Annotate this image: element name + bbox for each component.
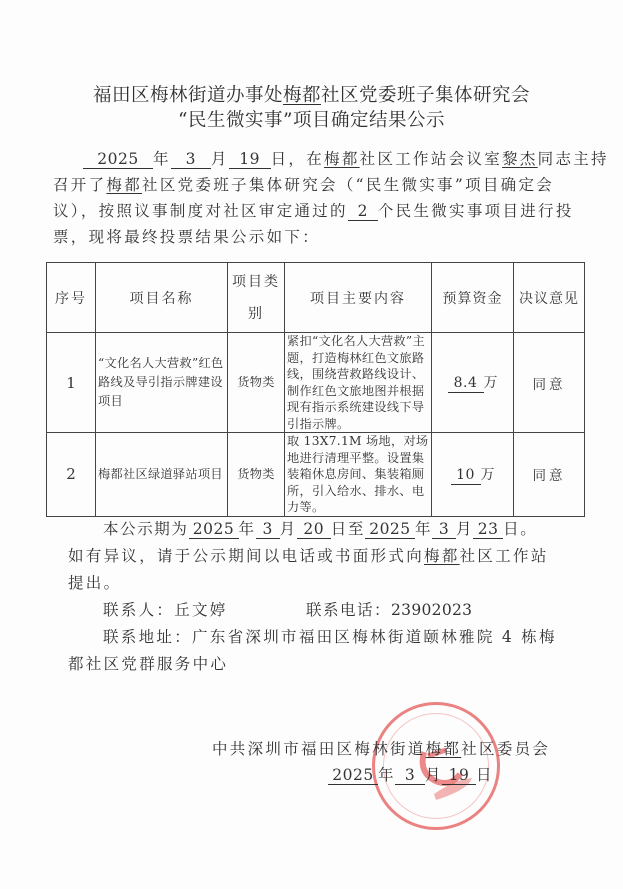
day-unit: 日 <box>476 766 493 784</box>
header-category-line2: 别 <box>228 298 284 330</box>
row-decision: 同意 <box>514 333 585 433</box>
signature-month: 3 <box>395 766 425 785</box>
row-name: 梅都社区绿道驿站项目 <box>96 433 228 517</box>
header-decision: 决议意见 <box>514 263 585 333</box>
intro-line2-prefix: 召开了 <box>53 176 106 194</box>
row-budget: 8.4万 <box>432 333 514 433</box>
header-category: 项目类 别 <box>228 263 285 333</box>
header-budget: 预算资金 <box>432 263 514 333</box>
row-category: 货物类 <box>228 333 285 433</box>
host-suffix: 同志主持 <box>538 150 609 168</box>
contact-phone: 23902023 <box>391 601 472 619</box>
intro-line3: 议），按照议事制度对社区审定通过的2个民生微实事项目进行投 <box>53 199 593 221</box>
meeting-month: 3 <box>171 150 211 169</box>
table-row: 1 “文化名人大营救”红色路线及导引指示牌建设项目 货物类 紧扣“文化名人大营救… <box>47 333 585 433</box>
contact-address-line2: 都社区党群服务中心 <box>68 652 608 674</box>
start-month: 3 <box>256 520 280 539</box>
contact-phone-line: 联系电话：23902023 <box>306 598 623 620</box>
month-unit: 月 <box>425 766 442 784</box>
year-unit: 年 <box>153 150 171 168</box>
end-year: 2025 <box>365 520 415 539</box>
month-unit: 月 <box>211 150 229 168</box>
community-name: 梅都 <box>324 150 360 168</box>
contact-address: 广东省深圳市福田区梅林街道颐林雅院 4 栋梅 <box>192 628 557 646</box>
notice-mid: 日至 <box>331 520 365 538</box>
signature-year: 2025 <box>328 766 378 785</box>
results-table: 序号 项目名称 项目类 别 项目主要内容 预算资金 决议意见 1 “文化名人大营… <box>46 262 585 517</box>
budget-value: 8.4 <box>448 374 484 393</box>
row-name: “文化名人大营救”红色路线及导引指示牌建设项目 <box>96 333 228 433</box>
end-month: 3 <box>432 520 456 539</box>
month-unit: 月 <box>280 520 297 538</box>
budget-unit: 万 <box>484 375 498 391</box>
meeting-place: 社区工作站会议室 <box>360 150 502 168</box>
contact-person: 丘文婷 <box>174 601 227 619</box>
row-decision: 同意 <box>514 433 585 517</box>
host-name: 黎杰 <box>502 150 538 168</box>
year-unit: 年 <box>239 520 256 538</box>
start-day: 20 <box>297 520 331 539</box>
budget-unit: 万 <box>481 467 495 483</box>
community-name: 梅都 <box>106 176 142 194</box>
day-unit: 日，在 <box>271 150 324 168</box>
row-category: 货物类 <box>228 433 285 517</box>
notice-prefix: 本公示期为 <box>103 520 189 538</box>
signature-org-suffix: 社区委员会 <box>461 740 550 758</box>
end-day: 23 <box>473 520 503 539</box>
start-year: 2025 <box>189 520 239 539</box>
row-index: 2 <box>47 433 96 517</box>
community-name: 梅都 <box>424 547 460 565</box>
notice-line3: 提出。 <box>68 571 608 593</box>
contact-address-line1: 联系地址：广东省深圳市福田区梅林街道颐林雅院 4 栋梅 <box>103 625 623 647</box>
meeting-year: 2025 <box>83 150 153 169</box>
intro-line1: 2025年3月19日，在梅都社区工作站会议室黎杰同志主持 <box>83 147 623 169</box>
row-content: 紧扣“文化名人大营救”主题，打造梅林红色文旅路线，围绕营救路线设计、制作红色文旅… <box>285 333 432 433</box>
title-suffix: 社区党委班子集体研究会 <box>321 85 530 106</box>
signature-org: 中共深圳市福田区梅林街道梅都社区委员会 <box>212 737 623 759</box>
row-index: 1 <box>47 333 96 433</box>
notice-line2-prefix: 如有异议，请于公示期间以电话或书面形式向 <box>68 547 424 565</box>
intro-line4: 票，现将最终投票结果公示如下： <box>53 225 593 247</box>
notice-line2-suffix: 社区工作站 <box>460 547 549 565</box>
intro-line3-suffix: 个民生微实事项目进行投 <box>378 202 574 220</box>
signature-date: 2025年3月19日 <box>328 763 623 785</box>
table-row: 2 梅都社区绿道驿站项目 货物类 取 13X7.1M 场地，对场地进行清理平整。… <box>47 433 585 517</box>
row-budget: 10万 <box>432 433 514 517</box>
year-unit: 年 <box>378 766 395 784</box>
title-community: 梅都 <box>283 85 321 106</box>
end-suffix: 日。 <box>503 520 537 538</box>
notice-line1: 本公示期为2025年3月20日至2025年3月23日。 <box>103 517 623 539</box>
row-content: 取 13X7.1M 场地，对场地进行清理平整。设置集装箱休息房间、集装箱厕所，引… <box>285 433 432 517</box>
title-prefix: 福田区梅林街道办事处 <box>93 85 283 106</box>
intro-line3-prefix: 议），按照议事制度对社区审定通过的 <box>53 202 348 220</box>
document-title-line1: 福田区梅林街道办事处梅都社区党委班子集体研究会 <box>0 81 623 107</box>
month-unit: 月 <box>456 520 473 538</box>
project-count: 2 <box>348 202 378 221</box>
signature-day: 19 <box>442 766 476 785</box>
header-index: 序号 <box>47 263 96 333</box>
table-header-row: 序号 项目名称 项目类 别 项目主要内容 预算资金 决议意见 <box>47 263 585 333</box>
contact-person-label: 联系人： <box>103 601 174 619</box>
notice-line2: 如有异议，请于公示期间以电话或书面形式向梅都社区工作站 <box>68 544 608 566</box>
budget-value: 10 <box>451 466 481 485</box>
meeting-day: 19 <box>229 150 271 169</box>
year-unit: 年 <box>415 520 432 538</box>
header-name: 项目名称 <box>96 263 228 333</box>
header-content: 项目主要内容 <box>285 263 432 333</box>
intro-line2: 召开了梅都社区党委班子集体研究会（“民生微实事”项目确定会 <box>53 173 593 195</box>
contact-phone-label: 联系电话： <box>306 601 391 619</box>
document-title-line2: “民生微实事”项目确定结果公示 <box>0 106 623 132</box>
community-name: 梅都 <box>426 740 462 758</box>
contact-address-label: 联系地址： <box>103 628 192 646</box>
header-category-line1: 项目类 <box>228 266 284 298</box>
signature-org-prefix: 中共深圳市福田区梅林街道 <box>212 740 426 758</box>
intro-line2-suffix: 社区党委班子集体研究会（“民生微实事”项目确定会 <box>142 176 554 194</box>
